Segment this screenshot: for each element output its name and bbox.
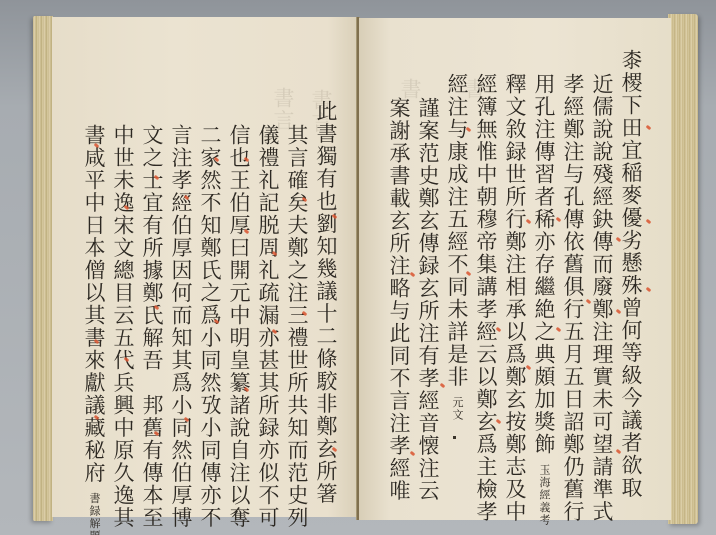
right-page-columns: 桼㮨下田宜稲麥優劣懸殊曾何等級今議者欲取 近儒說說殘經鈌傳而廢鄭注理實未可望請準… (384, 18, 645, 520)
text-column: 儀禮礼記脱周礼疏漏亦甚其所録亦似不可 (253, 17, 282, 517)
left-page-edges (33, 16, 53, 521)
text-column: 文之士宜有所據鄭氏解吾 邦舊有傳本至 (137, 17, 166, 517)
column-text: 書咸平中日本僧以其書來獻議藏秘府 (82, 124, 106, 484)
text-column: 此書獨有也劉知幾議十二條駮非鄭玄所箸 (311, 17, 340, 517)
text-column: 信也王伯厚曰開元中明皇纂諸說自注以奪 (224, 17, 253, 517)
ink-mark (453, 436, 456, 439)
text-column: 其言確矣夫鄭之注三禮世所共知而范史列 (282, 17, 311, 517)
text-column: 二家然不知鄭氏之爲小同然攷小同傳亦不 (195, 17, 224, 517)
text-column: 近儒說說殘經鈌傳而廢鄭注理實未可望請準式 (587, 18, 616, 520)
text-column: 用孔注傳習者稀亦存繼絶之典頗加獎飾 玉海經義考 (529, 18, 558, 520)
left-page: 書言 書言 此書獨有也劉知幾議十二條駮非鄭玄所箸 其言確矣夫鄭之注三禮世所共知而… (52, 17, 358, 517)
text-column: 桼㮨下田宜稲麥優劣懸殊曾何等級今議者欲取 (616, 18, 645, 520)
open-book: 書言 書言 此書獨有也劉知幾議十二條駮非鄭玄所箸 其言確矣夫鄭之注三禮世所共知而… (0, 0, 716, 535)
text-column: 書咸平中日本僧以其書來獻議藏秘府 書録解題 (79, 17, 108, 517)
left-page-columns: 此書獨有也劉知幾議十二條駮非鄭玄所箸 其言確矣夫鄭之注三禮世所共知而范史列 儀禮… (79, 17, 340, 517)
interlinear-note: 書録解題 (88, 492, 101, 535)
text-column: 謹案范史鄭玄傳録玄所注有孝經音懐注云 (413, 18, 442, 520)
right-page-edges (668, 14, 698, 524)
column-text: 用孔注傳習者稀亦存繼絶之典頗加獎飾 (532, 73, 556, 456)
text-column: 孝經鄭注与孔傳依舊俱行五月五日詔鄭仍舊行 (558, 18, 587, 520)
text-column: 釋文敘録世所行鄭注相承以爲鄭玄按鄭志及中 (500, 18, 529, 520)
text-column: 經注与康成注五經不同未詳是非 元文 (442, 18, 471, 520)
text-column: 言注孝經伯厚因何而知其爲小同然伯厚博 (166, 17, 195, 517)
text-column: 中世未逸宋文總目云五代兵興中原久逸其 (108, 17, 137, 517)
text-column: 案謝承書載玄所注略与此同不言注孝經唯 (384, 18, 413, 520)
interlinear-note: 玉海經義考 (538, 464, 551, 527)
interlinear-note: 元文 (451, 396, 464, 421)
column-text: 經注与康成注五經不同未詳是非 (445, 73, 469, 388)
text-column: 經簿無惟中朝穆帝集講孝經云以鄭玄爲主檢孝 (471, 18, 500, 520)
right-page: 書 書 桼㮨下田宜稲麥優劣懸殊曾何等級今議者欲取 近儒說說殘經鈌傳而廢鄭注理實未… (359, 18, 671, 520)
